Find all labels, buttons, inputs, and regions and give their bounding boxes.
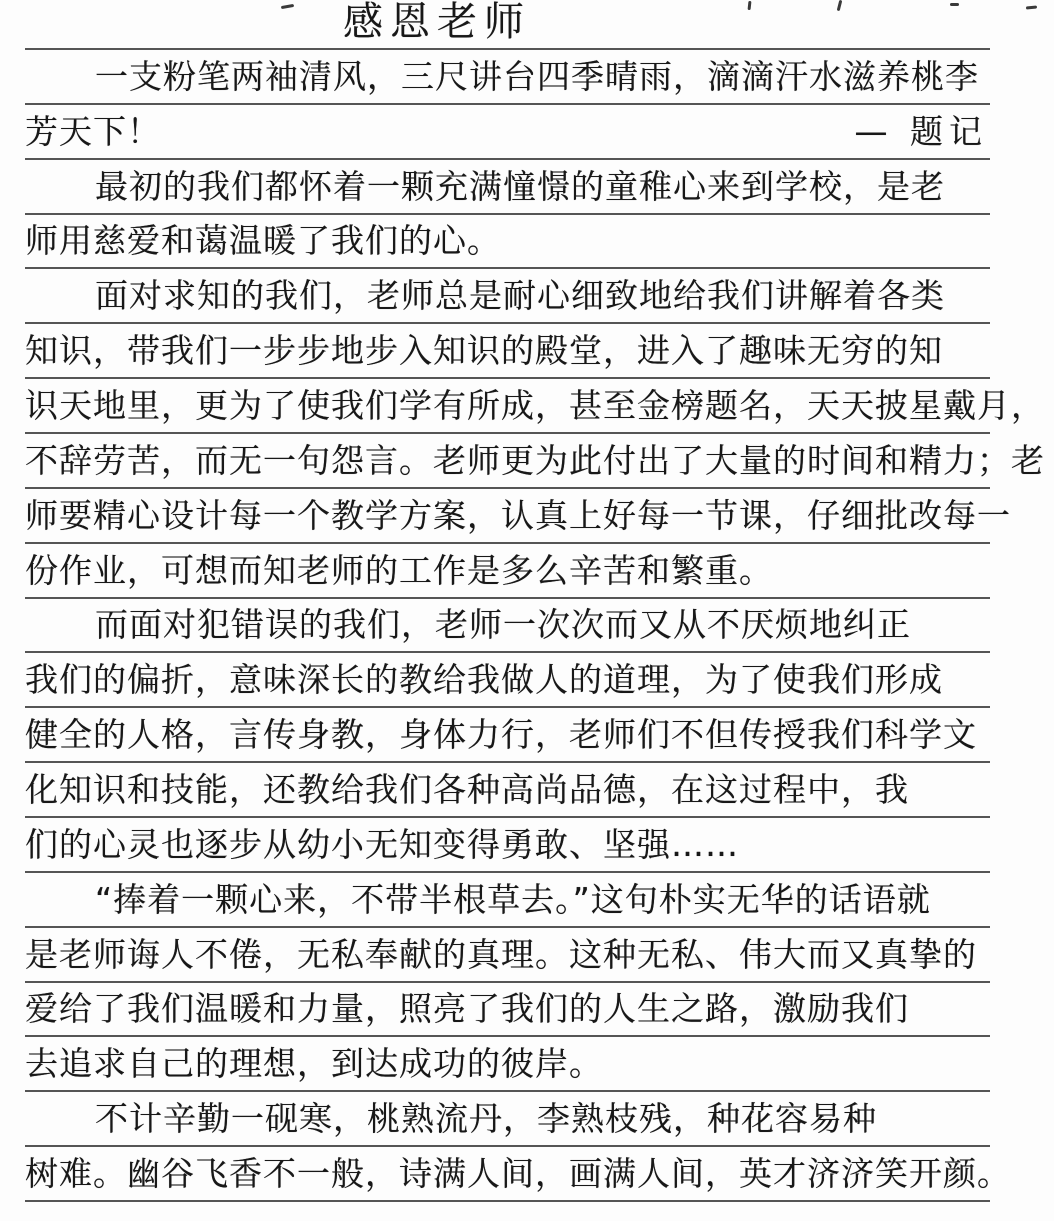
- essay-line: 不辞劳苦，而无一句怨言。老师更为此付出了大量的时间和精力；老: [25, 434, 990, 489]
- essay-line: 师要精心设计每一个教学方案，认真上好每一节课，仔细批改每一: [25, 489, 990, 544]
- essay-line: 不计辛勤一砚寒，桃熟流丹，李熟枝残，种花容易种: [25, 1092, 990, 1147]
- essay-body: 感恩老师 一支粉笔两袖清风，三尺讲台四季晴雨，滴滴汗水滋养桃李 芳天下！ — 题…: [25, 0, 990, 1202]
- essay-line: 是老师诲人不倦，无私奉献的真理。这种无私、伟大而又真挚的: [25, 928, 990, 983]
- epigraph-left-text: 芳天下！: [25, 109, 161, 155]
- essay-title-row: 感恩老师: [25, 0, 990, 50]
- epigraph-row: 芳天下！ — 题记: [25, 105, 990, 160]
- essay-line: 最初的我们都怀着一颗充满憧憬的童稚心来到学校，是老: [25, 160, 990, 215]
- essay-line: 师用慈爱和蔼温暖了我们的心。: [25, 215, 990, 270]
- essay-line: 知识，带我们一步步地步入知识的殿堂，进入了趣味无穷的知: [25, 324, 990, 379]
- page-edge-mark: [1026, 5, 1037, 9]
- essay-title: 感恩老师: [343, 0, 531, 45]
- essay-line: 我们的偏折，意味深长的教给我做人的道理，为了使我们形成: [25, 653, 990, 708]
- essay-line: 而面对犯错误的我们，老师一次次而又从不厌烦地纠正: [25, 599, 990, 654]
- essay-line: “捧着一颗心来，不带半根草去。”这句朴实无华的话语就: [25, 873, 990, 928]
- essay-line: 树难。幽谷飞香不一般，诗满人间，画满人间，英才济济笑开颜。: [25, 1147, 990, 1202]
- essay-line: 去追求自己的理想，到达成功的彼岸。: [25, 1037, 990, 1092]
- essay-line: 健全的人格，言传身教，身体力行，老师们不但传授我们科学文: [25, 708, 990, 763]
- essay-line: 化知识和技能，还教给我们各种高尚品德，在这过程中，我: [25, 763, 990, 818]
- epigraph-byline: — 题记: [855, 109, 989, 155]
- essay-line: 一支粉笔两袖清风，三尺讲台四季晴雨，滴滴汗水滋养桃李: [25, 50, 990, 105]
- notebook-page: 感恩老师 一支粉笔两袖清风，三尺讲台四季晴雨，滴滴汗水滋养桃李 芳天下！ — 题…: [0, 0, 1054, 1221]
- essay-line: 份作业，可想而知老师的工作是多么辛苦和繁重。: [25, 544, 990, 599]
- essay-line: 面对求知的我们，老师总是耐心细致地给我们讲解着各类: [25, 269, 990, 324]
- essay-line: 识天地里，更为了使我们学有所成，甚至金榜题名，天天披星戴月，: [25, 379, 990, 434]
- essay-line: 爱给了我们温暖和力量，照亮了我们的人生之路，激励我们: [25, 983, 990, 1038]
- essay-line: 们的心灵也逐步从幼小无知变得勇敢、坚强……: [25, 818, 990, 873]
